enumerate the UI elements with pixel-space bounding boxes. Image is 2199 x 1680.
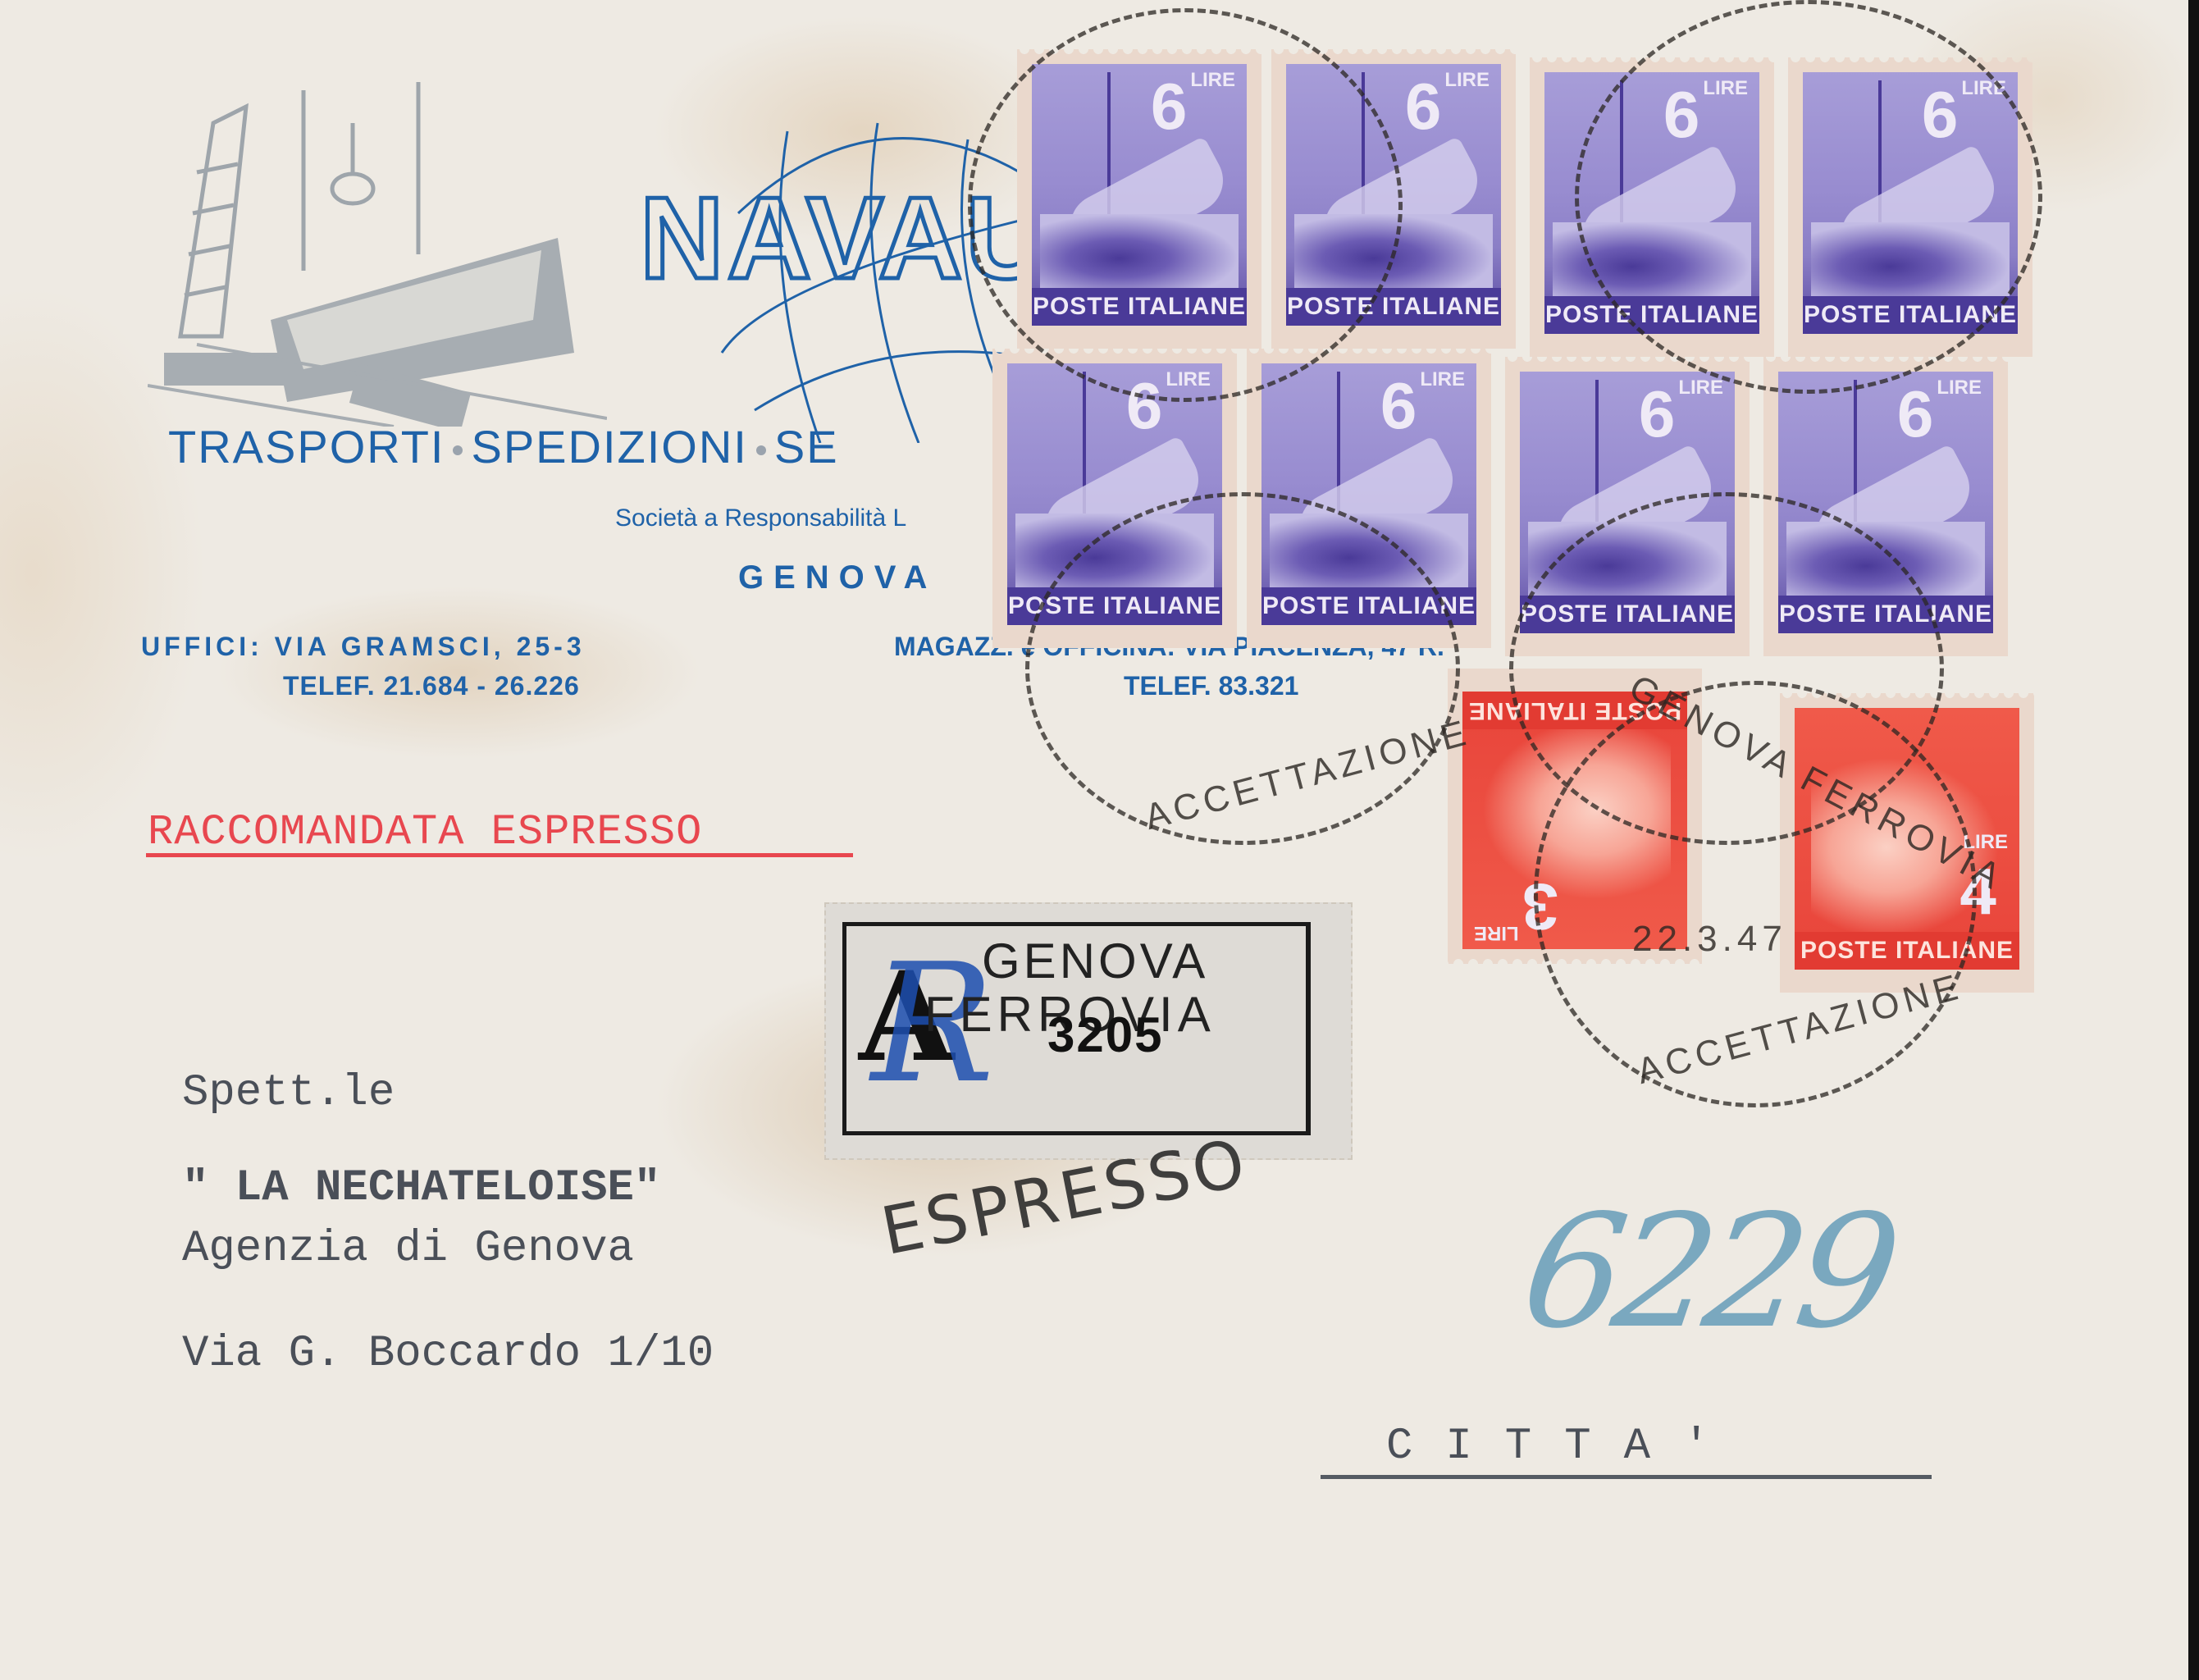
company-tagline: TRASPORTISPEDIZIONISE: [168, 420, 839, 473]
city-underline: [1321, 1475, 1932, 1479]
ship-harbor-illustration: [148, 74, 607, 427]
envelope: NAVAU TRASPORTISPEDIZIONISE Società a Re…: [0, 0, 2188, 1680]
bullet-dot-icon: [453, 445, 463, 455]
tagline-item: SPEDIZIONI: [471, 421, 747, 472]
tagline-item: TRASPORTI: [168, 421, 445, 472]
registration-office: GENOVA: [982, 933, 1208, 989]
registration-number: 3205: [1047, 1007, 1163, 1063]
office-address: UFFICI: VIA GRAMSCI, 25-3: [141, 632, 586, 662]
tagline-item: SE: [774, 421, 839, 472]
recipient-branch: Agenzia di Genova: [182, 1224, 634, 1274]
registered-express-marking: RACCOMANDATA ESPRESSO: [148, 808, 702, 856]
postmark-circle: [968, 8, 1403, 402]
letterhead-city: GENOVA: [738, 559, 937, 596]
office-phone: TELEF. 21.684 - 26.226: [283, 671, 580, 701]
recipient-name: " LA NECHATELOISE": [182, 1163, 660, 1213]
recipient-street: Via G. Boccardo 1/10: [182, 1329, 714, 1379]
underline: [146, 853, 853, 857]
registration-label: A R GENOVA FERROVIA 3205: [824, 902, 1353, 1160]
postmark-date: 22.3.47: [1632, 919, 1787, 960]
postmark-circle: [1575, 0, 2042, 394]
recipient-city: CITTA': [1386, 1422, 1742, 1472]
legal-form: Società a Responsabilità L: [615, 504, 906, 532]
recipient-salutation: Spett.le: [182, 1068, 395, 1118]
bullet-dot-icon: [756, 445, 766, 455]
pencil-notation: 6229: [1512, 1181, 1902, 1363]
